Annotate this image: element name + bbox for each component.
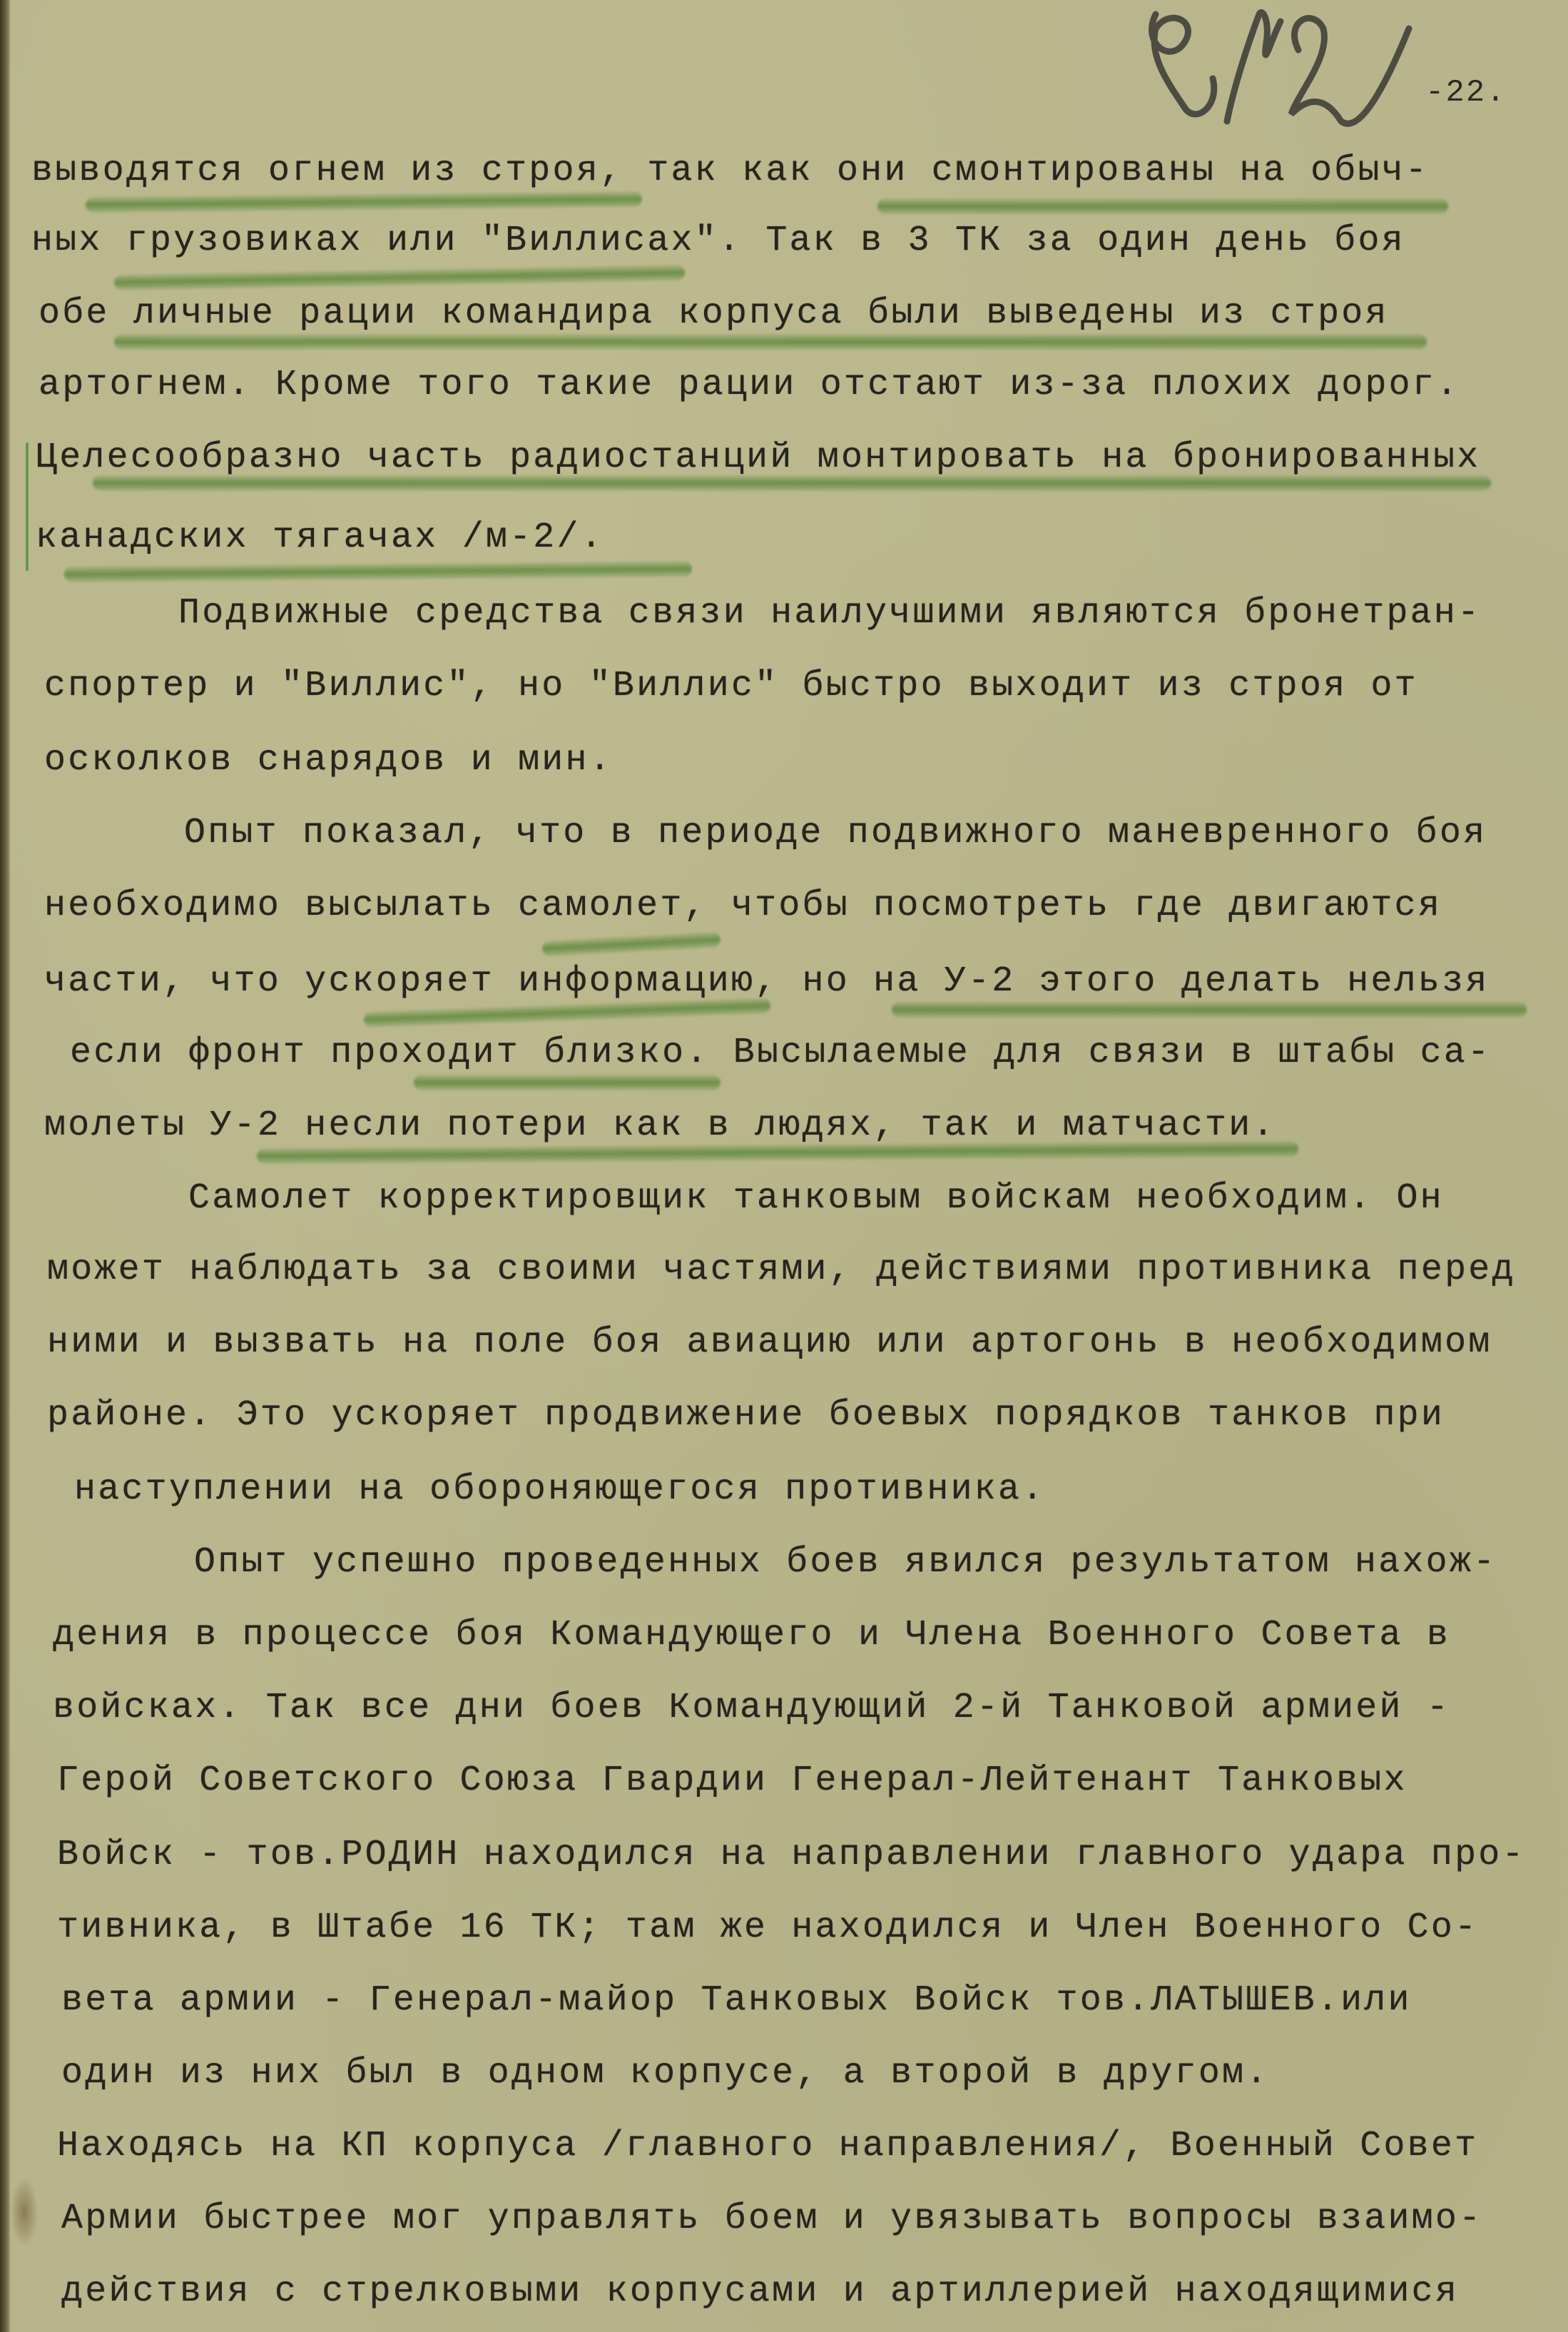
text-line: Опыт успешно проведенных боев явился рез…	[194, 1541, 1497, 1584]
text-line: Опыт показал, что в периоде подвижного м…	[184, 812, 1487, 855]
underline-highlight	[86, 191, 642, 213]
paper-tear-mark	[10, 2176, 39, 2248]
text-line: действия с стрелковыми корпусами и артил…	[61, 2271, 1459, 2313]
text-line: обе личные рации командира корпуса были …	[39, 293, 1389, 335]
text-line: если фронт проходит близко. Высылаемые д…	[70, 1032, 1491, 1075]
text-line: Подвижные средства связи наилучшими явля…	[178, 592, 1481, 635]
underline-highlight	[542, 931, 721, 956]
text-line: дения в процессе боя Командующего и Член…	[53, 1614, 1450, 1657]
underline-highlight	[64, 561, 692, 582]
text-line: части, что ускоряет информацию, но на У-…	[44, 960, 1490, 1003]
text-line: может наблюдать за своими частями, дейст…	[47, 1249, 1516, 1292]
underline-highlight	[114, 265, 685, 290]
text-line: канадских тягачах /м-2/.	[36, 517, 604, 559]
text-line: выводятся огнем из строя, так как они см…	[31, 150, 1429, 193]
text-line: артогнем. Кроме того такие рации отстают…	[39, 364, 1460, 407]
text-line: один из них был в одном корпусе, а второ…	[61, 2052, 1269, 2095]
handwritten-folio-number	[1127, 0, 1427, 136]
text-line: Герой Советского Союза Гвардии Генерал-Л…	[57, 1760, 1407, 1803]
text-line: войсках. Так все дни боев Командующий 2-…	[53, 1687, 1450, 1730]
text-line: Целесообразно часть радиостанций монтиро…	[36, 437, 1481, 480]
text-line: необходимо высылать самолет, чтобы посмо…	[44, 885, 1442, 928]
text-line: спортер и "Виллис", но "Виллис" быстро в…	[44, 665, 1418, 708]
binding-edge	[0, 0, 10, 2332]
text-line: Войск - тов.РОДИН находился на направлен…	[57, 1834, 1526, 1877]
underline-highlight	[892, 1002, 1527, 1018]
text-line: осколков снарядов и мин.	[44, 739, 613, 782]
text-line: Самолет корректировщик танковым войскам …	[188, 1177, 1444, 1220]
text-line: молеты У-2 несли потери как в людях, так…	[44, 1105, 1276, 1147]
text-line: Армии быстрее мог управлять боем и увязы…	[61, 2198, 1482, 2241]
text-line: районе. Это ускоряет продвижение боевых …	[47, 1394, 1445, 1437]
page-number: -22.	[1425, 75, 1507, 111]
text-line: наступлении на обороняющегося противника…	[74, 1469, 1045, 1511]
margin-highlight-bar	[26, 442, 29, 571]
text-line: тивника, в Штабе 16 ТК; там же находился…	[57, 1907, 1478, 1950]
document-page: -22. выводятся огнем из строя, так как о…	[0, 0, 1568, 2332]
text-line: ных грузовиках или "Виллисах". Так в 3 Т…	[31, 220, 1405, 263]
text-line: вета армии - Генерал-майор Танковых Войс…	[61, 1979, 1412, 2022]
text-line: ними и вызвать на поле боя авиацию или а…	[47, 1322, 1492, 1364]
underline-highlight	[877, 198, 1448, 214]
pencil-signature-icon	[1127, 0, 1427, 136]
text-line: Находясь на КП корпуса /главного направл…	[57, 2125, 1478, 2168]
underline-highlight	[414, 1075, 721, 1090]
underline-highlight	[114, 334, 1427, 350]
